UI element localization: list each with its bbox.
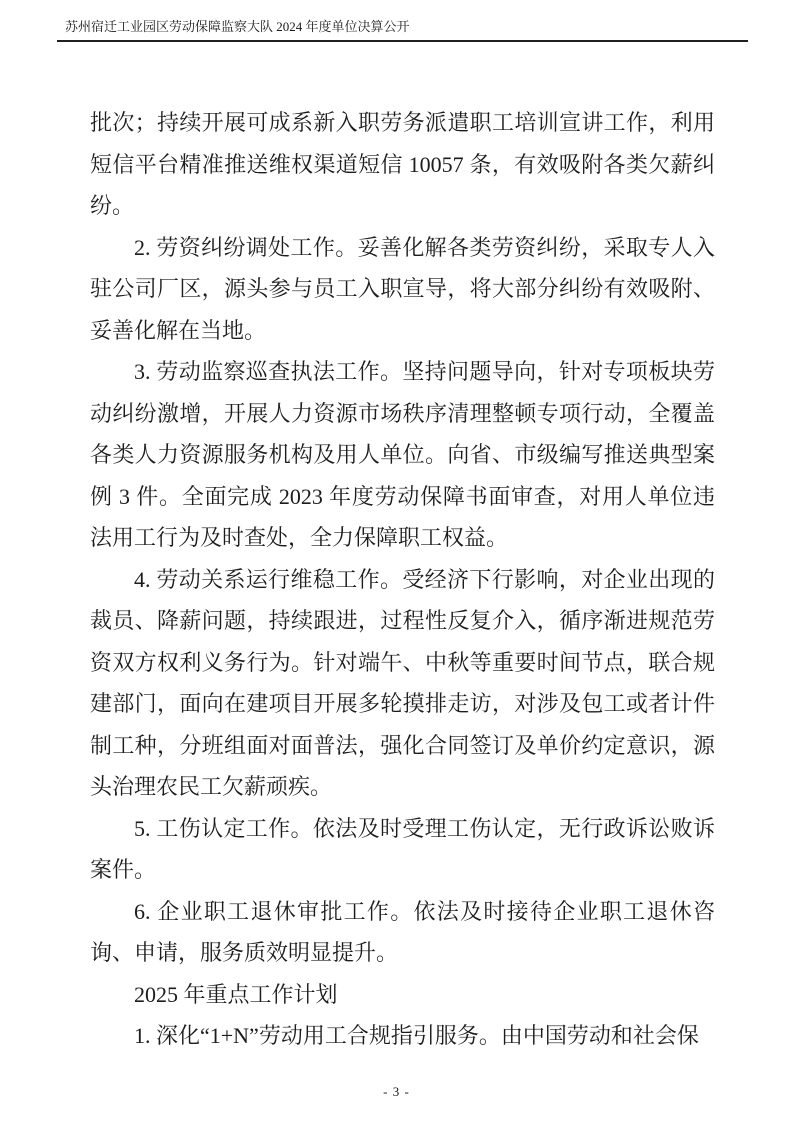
body-paragraph-item-4: 4. 劳动关系运行维稳工作。受经济下行影响，对企业出现的裁员、降薪问题，持续跟进… xyxy=(90,559,715,808)
body-paragraph-item-6: 6. 企业职工退休审批工作。依法及时接待企业职工退休咨询、申请，服务质效明显提升… xyxy=(90,891,715,974)
document-page: 苏州宿迁工业园区劳动保障监察大队 2024 年度单位决算公开 批次；持续开展可成… xyxy=(0,0,793,1122)
document-body: 批次；持续开展可成系新入职劳务派遣职工培训宣讲工作，利用短信平台精准推送维权渠道… xyxy=(90,102,715,1057)
page-number: - 3 - xyxy=(383,1084,410,1099)
body-paragraph-continuation: 批次；持续开展可成系新入职劳务派遣职工培训宣讲工作，利用短信平台精准推送维权渠道… xyxy=(90,102,715,227)
body-paragraph-item-3: 3. 劳动监察巡查执法工作。坚持问题导向，针对专项板块劳动纠纷激增，开展人力资源… xyxy=(90,351,715,559)
header-title: 苏州宿迁工业园区劳动保障监察大队 2024 年度单位决算公开 xyxy=(65,19,410,34)
page-header: 苏州宿迁工业园区劳动保障监察大队 2024 年度单位决算公开 xyxy=(57,18,748,42)
section-heading-2025-plan: 2025 年重点工作计划 xyxy=(90,974,715,1016)
body-paragraph-plan-item-1: 1. 深化“1+N”劳动用工合规指引服务。由中国劳动和社会保 xyxy=(90,1015,715,1057)
body-paragraph-item-2: 2. 劳资纠纷调处工作。妥善化解各类劳资纠纷，采取专人入驻公司厂区，源头参与员工… xyxy=(90,227,715,352)
page-footer: - 3 - xyxy=(0,1084,793,1100)
body-paragraph-item-5: 5. 工伤认定工作。依法及时受理工伤认定，无行政诉讼败诉案件。 xyxy=(90,808,715,891)
